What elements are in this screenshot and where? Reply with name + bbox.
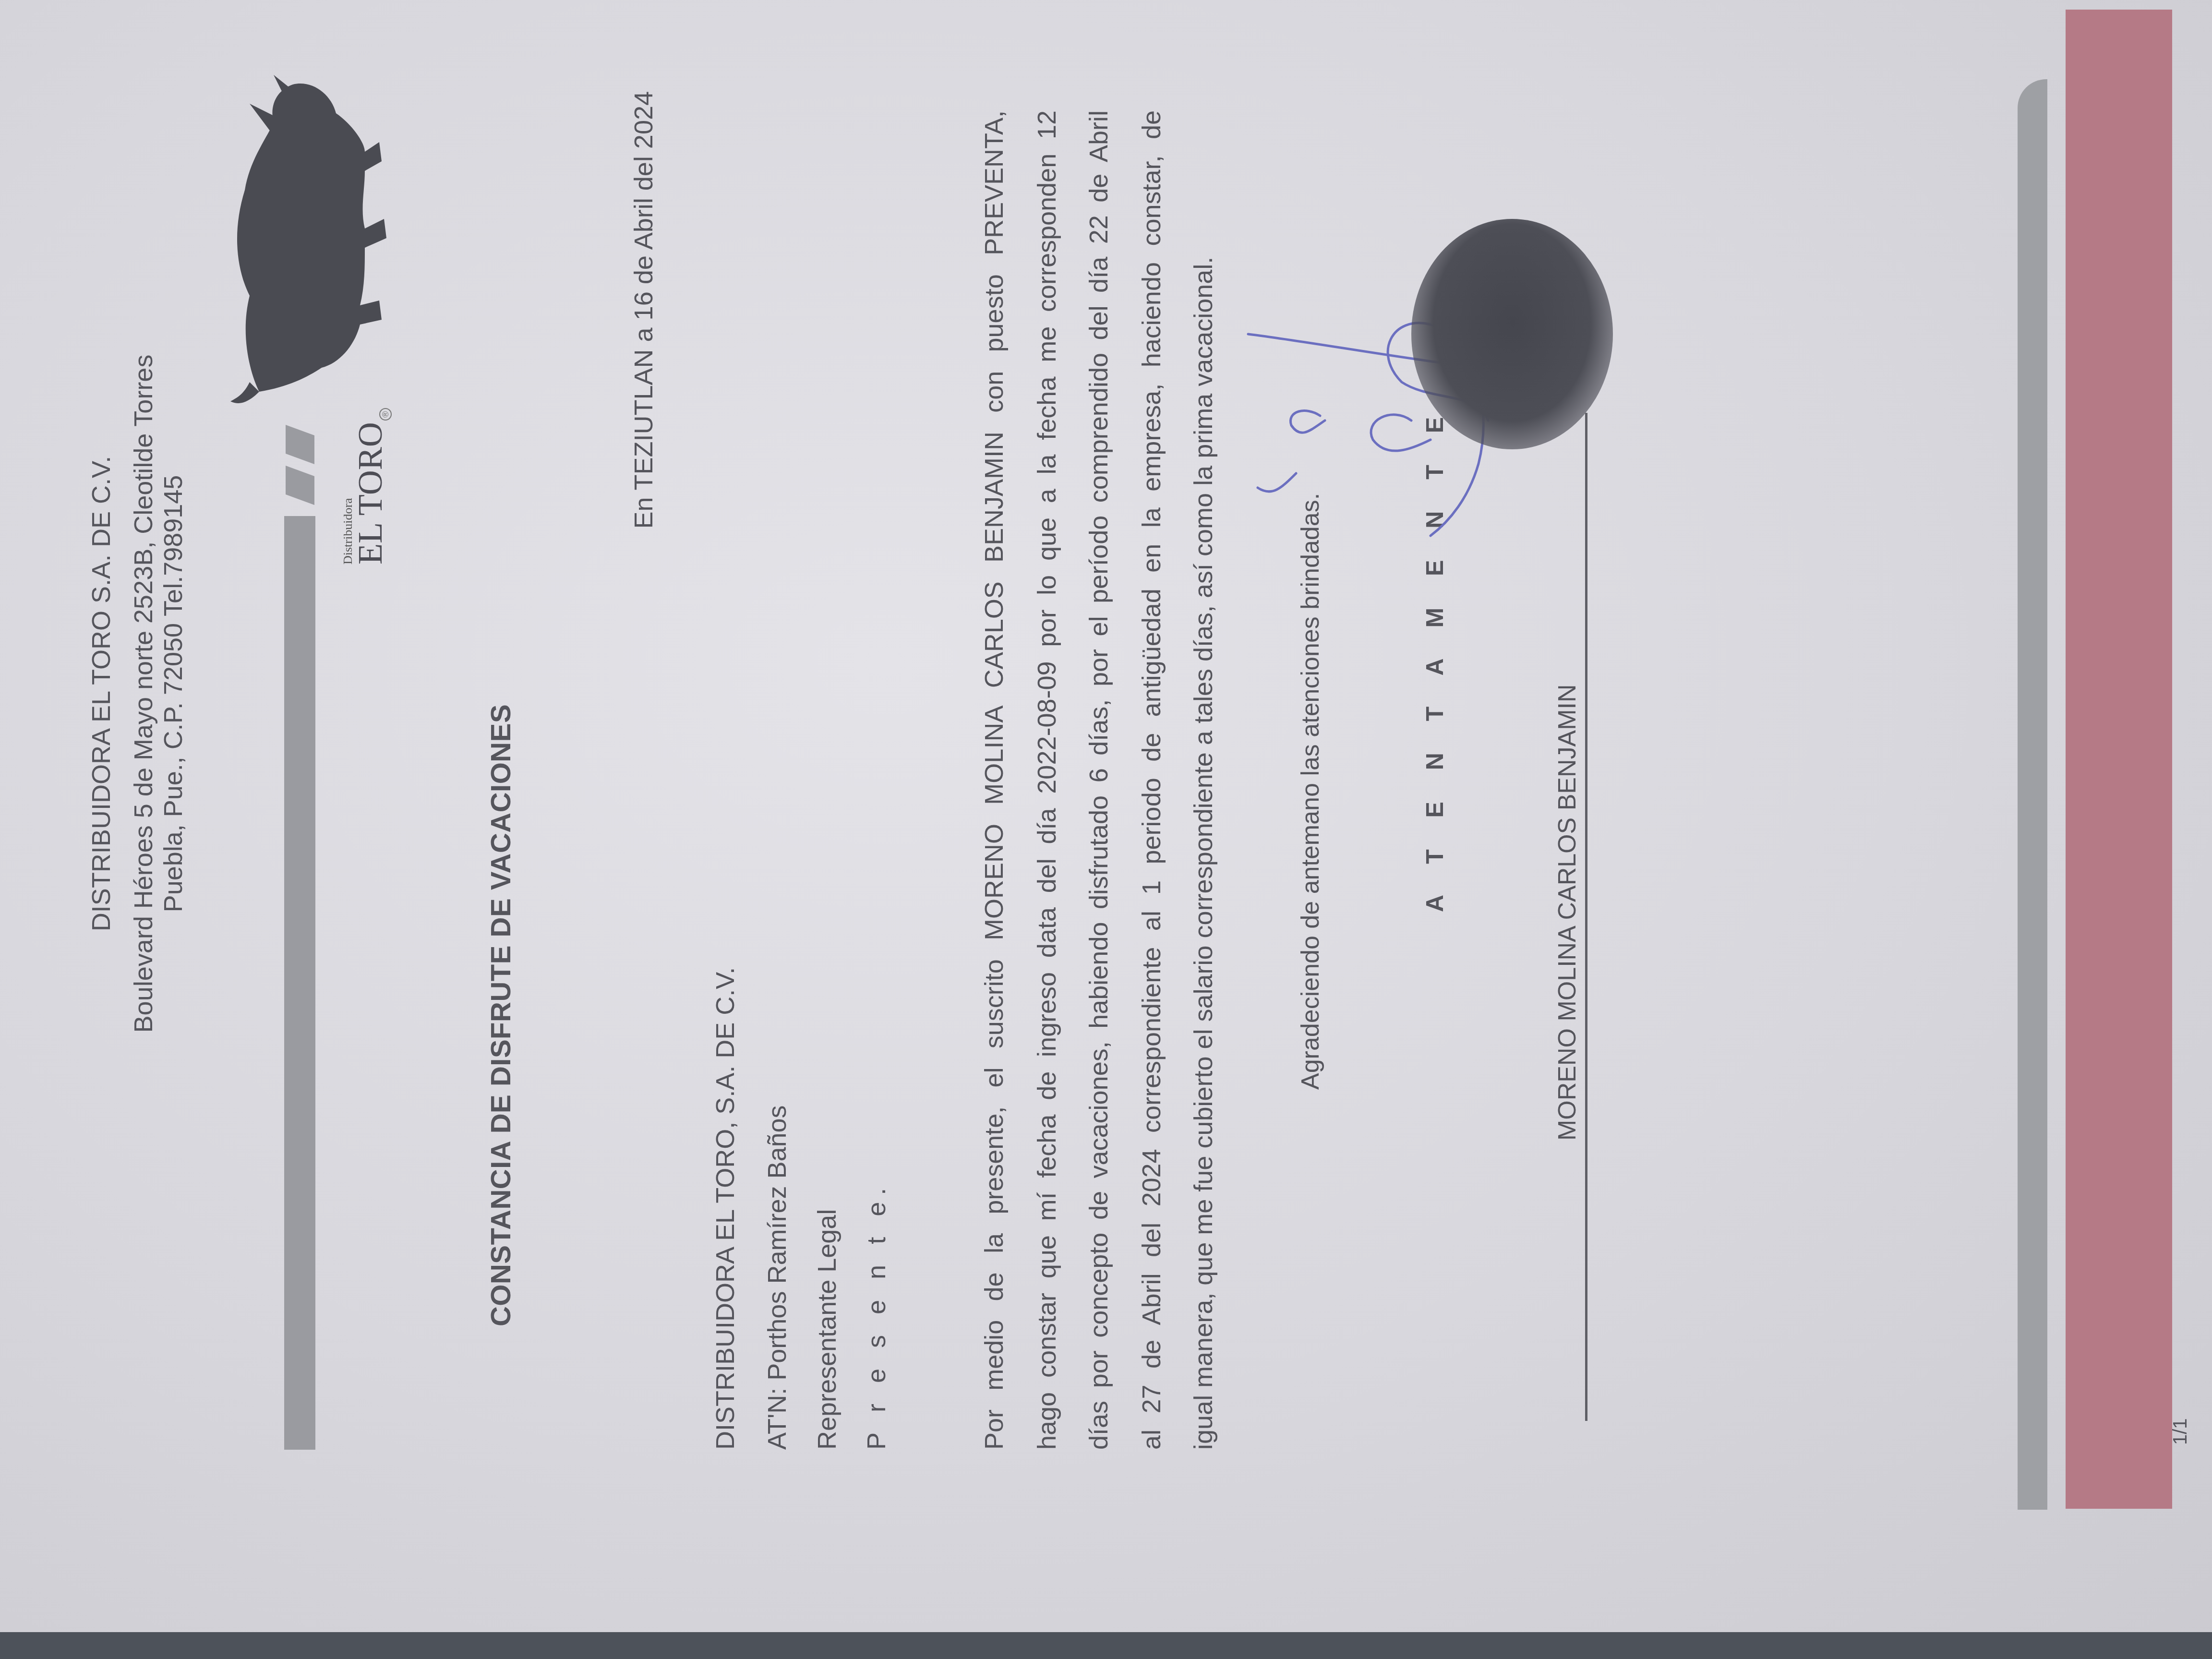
company-name-header: DISTRIBUIDORA EL TORO S.A. DE C.V.	[86, 262, 116, 1126]
body-line: Por medio de la presente, el suscrito MO…	[979, 110, 1009, 1450]
place-date: En TEZIUTLAN a 16 de Abril del 2024	[629, 91, 659, 529]
body-line: igual manera, que me fue cubierto el sal…	[1189, 110, 1218, 1450]
recipient-attention: AT'N: Porthos Ramírez Baños	[762, 1105, 792, 1450]
header-grey-bar	[284, 516, 315, 1450]
registered-mark: ®	[379, 408, 392, 421]
company-address-line1: Boulevard Héroes 5 de Mayo norte 2523B, …	[129, 262, 158, 1126]
letter-document: DISTRIBUIDORA EL TORO S.A. DE C.V. Boule…	[0, 0, 2212, 1659]
body-line: hago constar que mí fecha de ingreso dat…	[1032, 110, 1062, 1450]
signatory-name: MORENO MOLINA CARLOS BENJAMIN	[1553, 684, 1582, 1141]
bull-icon	[221, 75, 394, 411]
body-line: días por concepto de vacaciones, habiend…	[1084, 110, 1114, 1450]
document-title: CONSTANCIA DE DISFRUTE DE VACACIONES	[485, 581, 517, 1450]
body-line: al 27 de Abril del 2024 correspondiente …	[1137, 110, 1166, 1450]
recipient-company: DISTRIBUIDORA EL TORO, S.A. DE C.V.	[710, 967, 740, 1450]
recipient-greeting: P r e s e n t e.	[862, 1181, 891, 1450]
company-logo: Distribuidora EL TORO ®	[221, 75, 403, 565]
company-address-line2: Puebla, Pue., C.P. 72050 Tel.7989145	[158, 262, 188, 1126]
fingerprint-icon	[1411, 219, 1613, 449]
signature-line	[1585, 413, 1587, 1421]
recipient-role: Representante Legal	[812, 1209, 842, 1450]
logo-name: EL TORO	[350, 422, 390, 565]
